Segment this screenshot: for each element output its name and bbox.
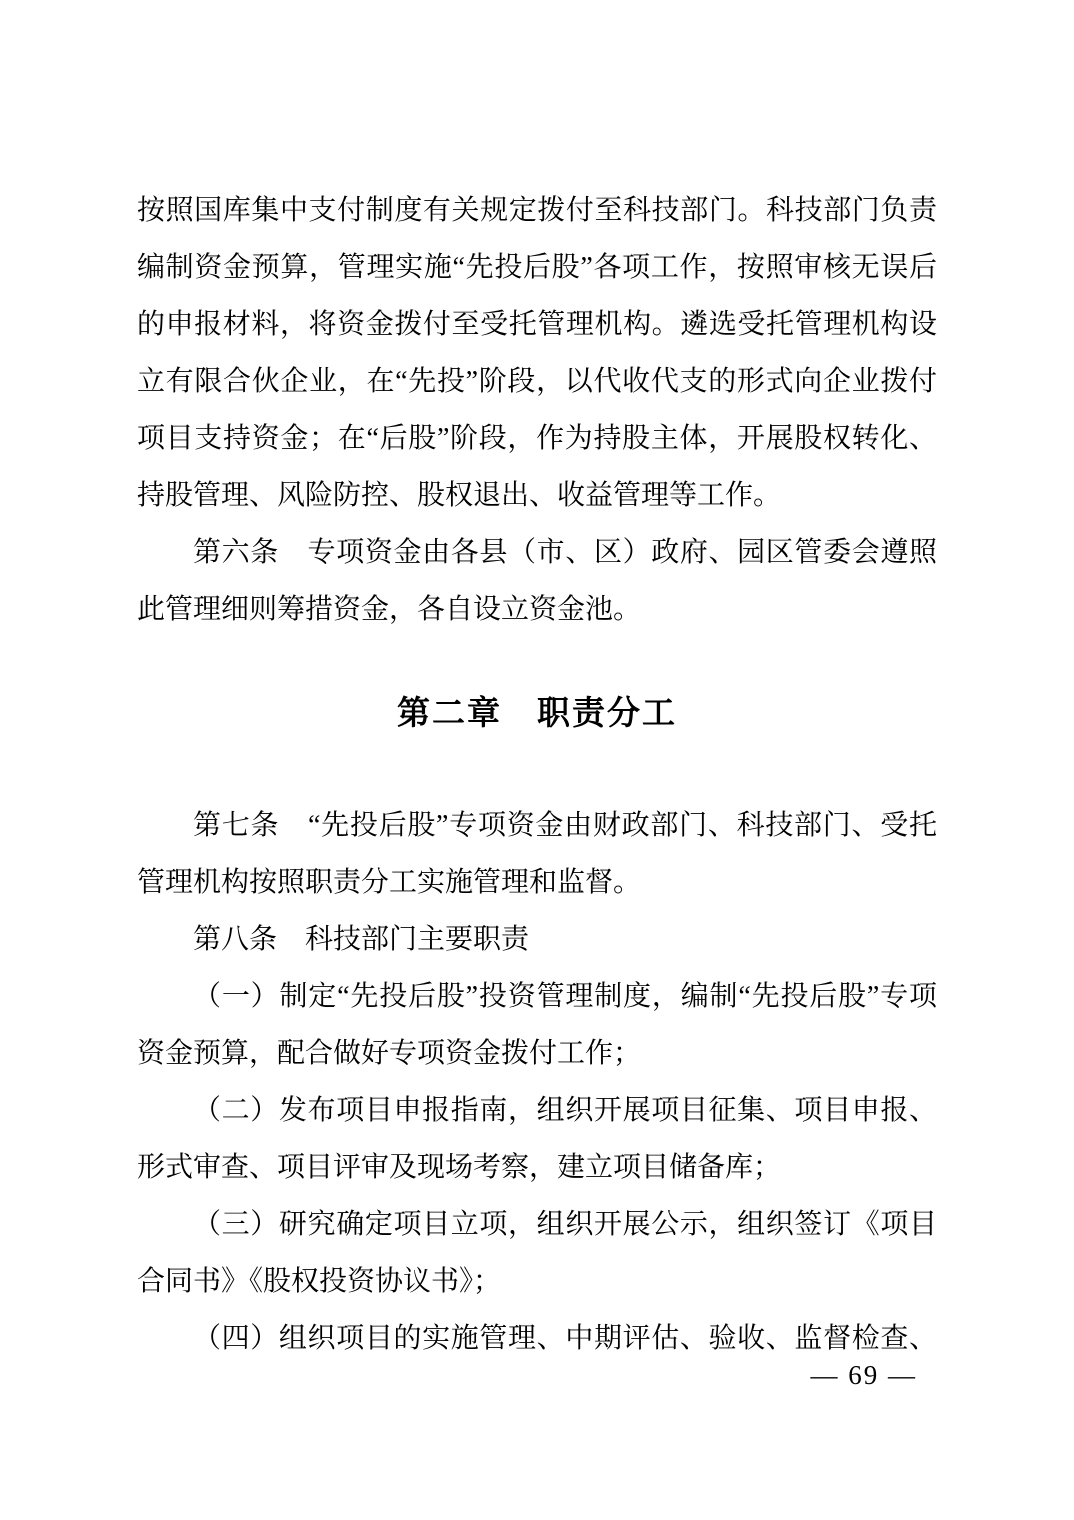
text-line: 管理机构按照职责分工实施管理和监督。: [137, 854, 937, 911]
paragraph: （三）研究确定项目立项，组织开展公示，组织签订《项目合同书》《股权投资协议书》；: [137, 1196, 937, 1310]
text-line: 持股管理、风险防控、股权退出、收益管理等工作。: [137, 467, 937, 524]
text-line: 的申报材料，将资金拨付至受托管理机构。遴选受托管理机构设: [137, 296, 937, 353]
text-line: 第七条 “先投后股”专项资金由财政部门、科技部门、受托: [137, 797, 937, 854]
text-line: 第八条 科技部门主要职责: [137, 911, 937, 968]
paragraph: 第八条 科技部门主要职责: [137, 911, 937, 968]
text-line: （二）发布项目申报指南，组织开展项目征集、项目申报、: [137, 1082, 937, 1139]
paragraph: 第七条 “先投后股”专项资金由财政部门、科技部门、受托管理机构按照职责分工实施管…: [137, 797, 937, 911]
text-line: 形式审查、项目评审及现场考察，建立项目储备库；: [137, 1139, 937, 1196]
document-page: 按照国库集中支付制度有关规定拨付至科技部门。科技部门负责编制资金预算，管理实施“…: [0, 0, 1074, 1520]
text-line: 立有限合伙企业，在“先投”阶段，以代收代支的形式向企业拨付: [137, 353, 937, 410]
text-line: 此管理细则筹措资金，各自设立资金池。: [137, 581, 937, 638]
text-line: 合同书》《股权投资协议书》；: [137, 1253, 937, 1310]
paragraph: 第六条 专项资金由各县（市、区）政府、园区管委会遵照此管理细则筹措资金，各自设立…: [137, 524, 937, 638]
text-line: 编制资金预算，管理实施“先投后股”各项工作，按照审核无误后: [137, 239, 937, 296]
text-line: 项目支持资金；在“后股”阶段，作为持股主体，开展股权转化、: [137, 410, 937, 467]
text-line: 按照国库集中支付制度有关规定拨付至科技部门。科技部门负责: [137, 182, 937, 239]
paragraph: （二）发布项目申报指南，组织开展项目征集、项目申报、形式审查、项目评审及现场考察…: [137, 1082, 937, 1196]
page-number: — 69 —: [811, 1358, 918, 1392]
text-line: 第六条 专项资金由各县（市、区）政府、园区管委会遵照: [137, 524, 937, 581]
document-body: 按照国库集中支付制度有关规定拨付至科技部门。科技部门负责编制资金预算，管理实施“…: [137, 182, 937, 1367]
text-line: （一）制定“先投后股”投资管理制度，编制“先投后股”专项: [137, 968, 937, 1025]
text-line: 资金预算，配合做好专项资金拨付工作；: [137, 1025, 937, 1082]
paragraph: 按照国库集中支付制度有关规定拨付至科技部门。科技部门负责编制资金预算，管理实施“…: [137, 182, 937, 524]
text-line: （三）研究确定项目立项，组织开展公示，组织签订《项目: [137, 1196, 937, 1253]
paragraph: （一）制定“先投后股”投资管理制度，编制“先投后股”专项资金预算，配合做好专项资…: [137, 968, 937, 1082]
chapter-heading: 第二章 职责分工: [137, 684, 937, 741]
